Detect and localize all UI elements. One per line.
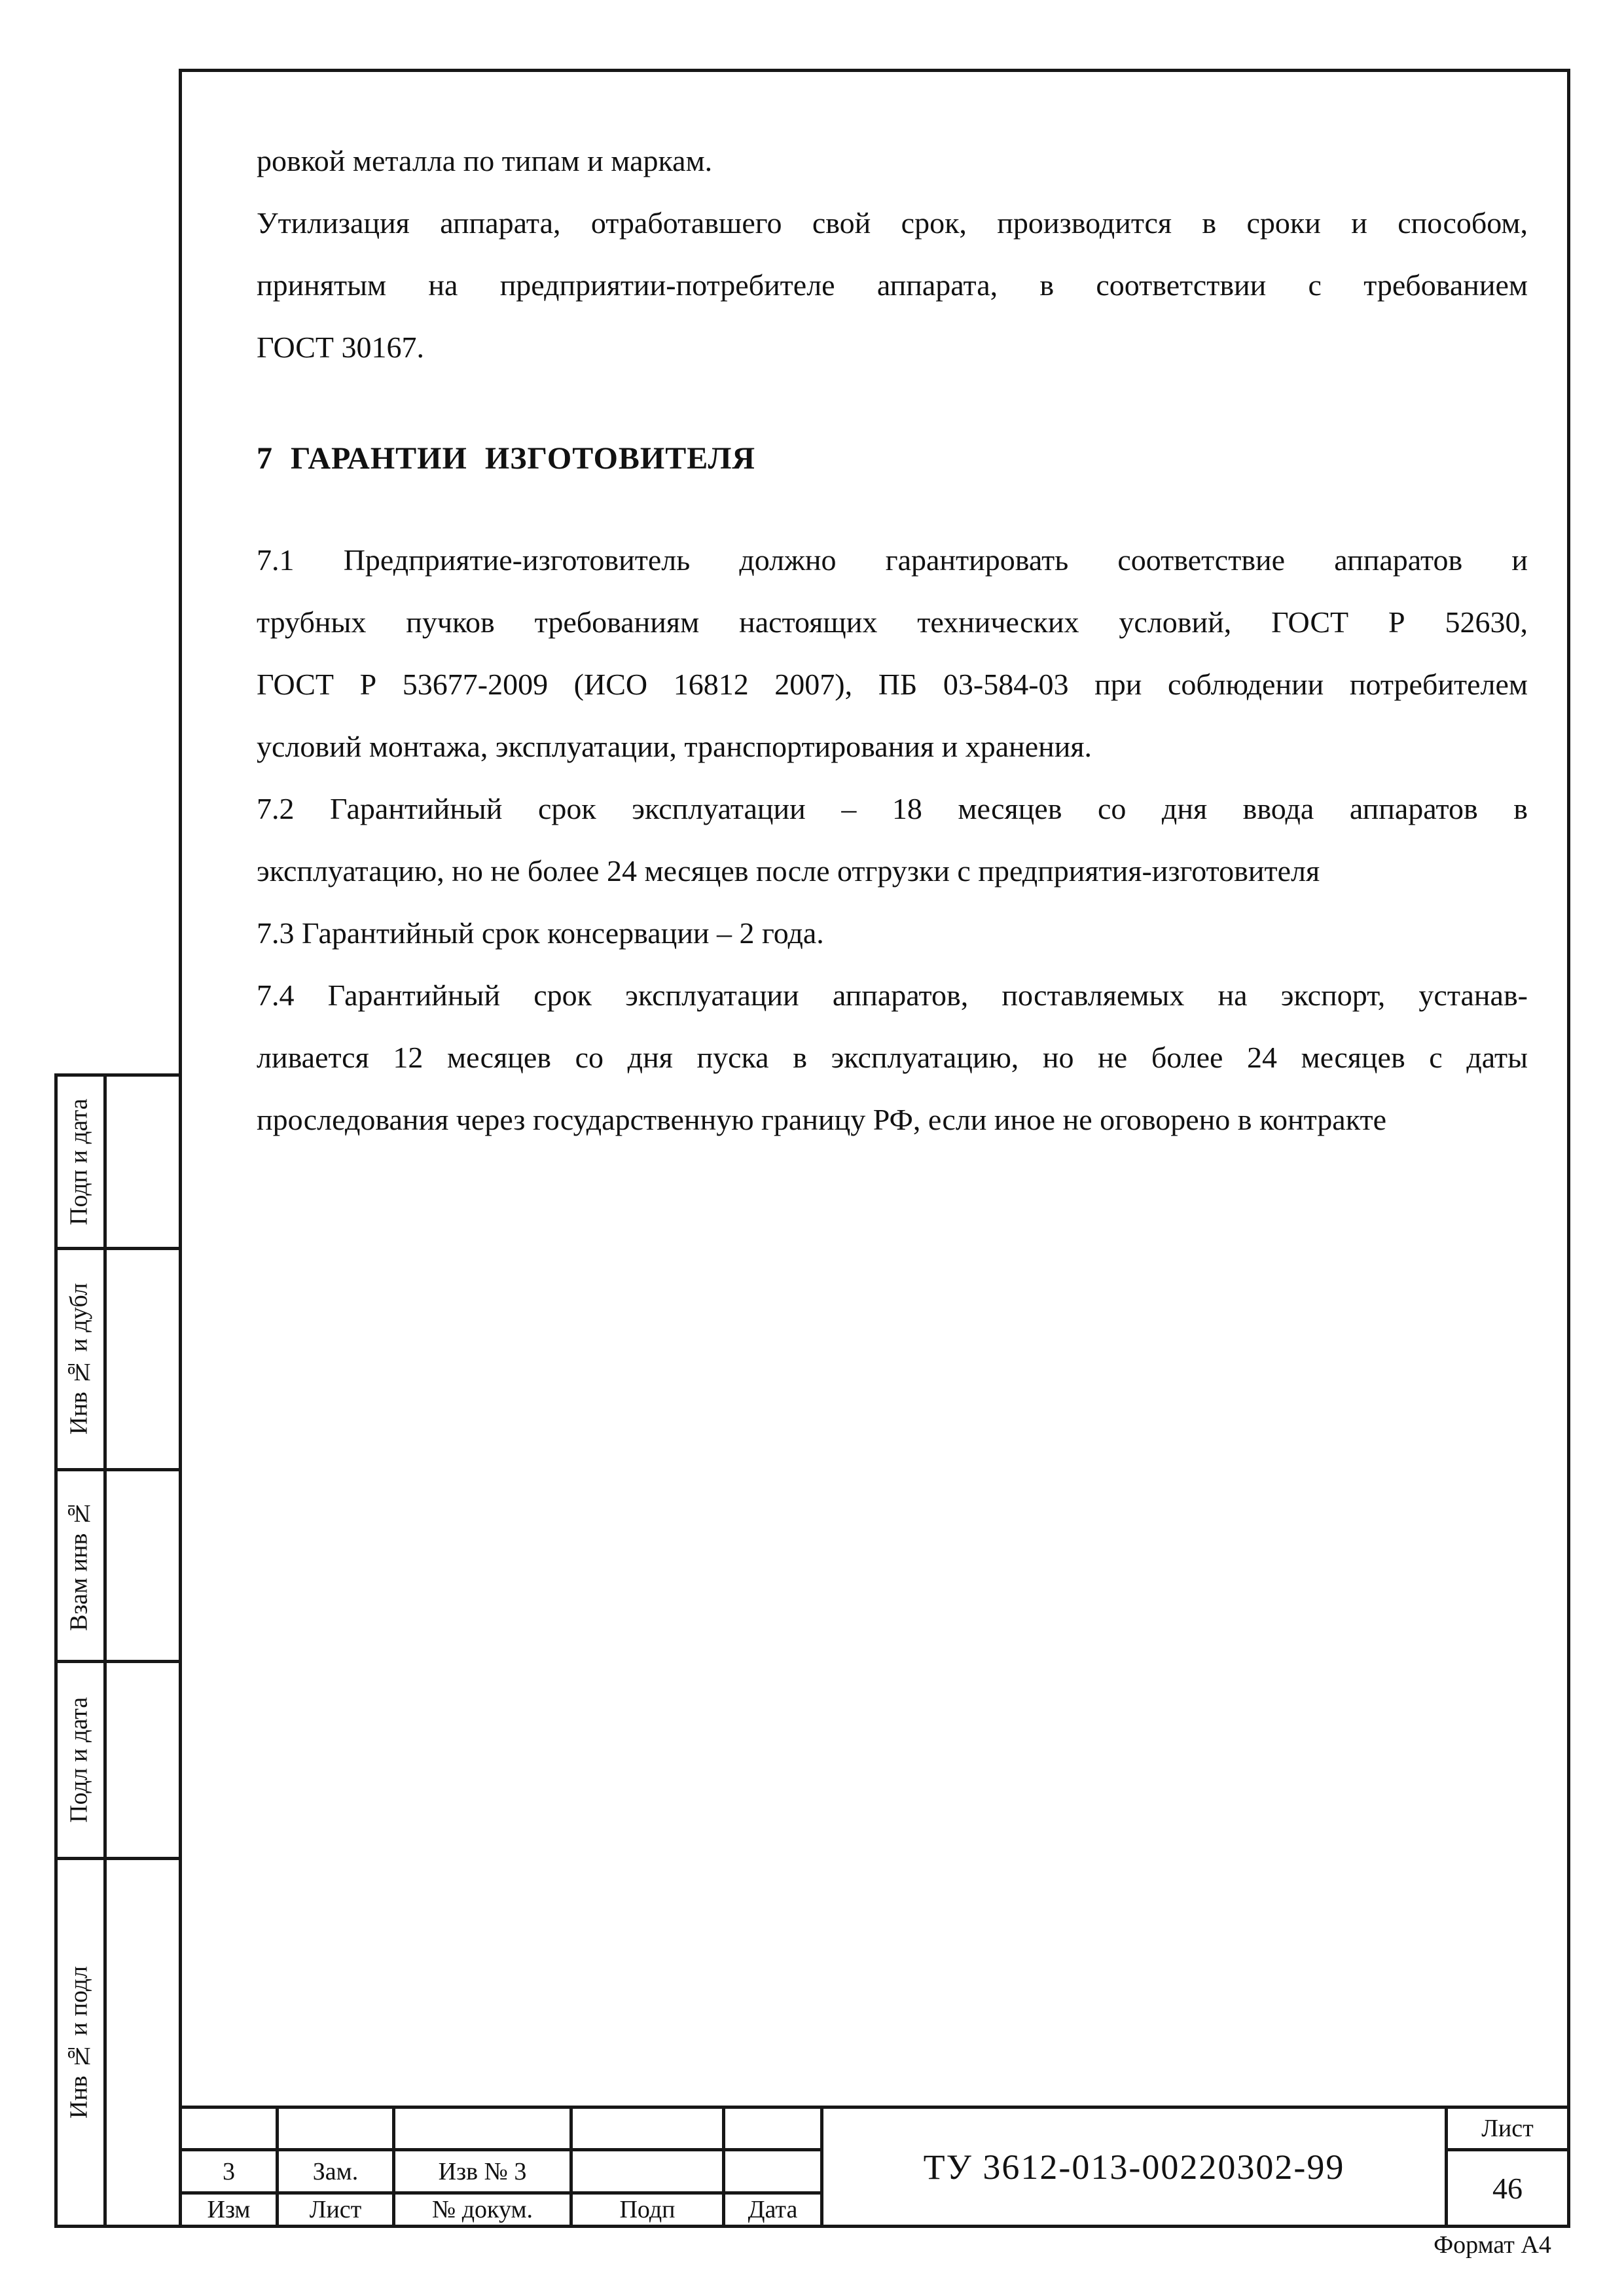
header-dokum: № докум. xyxy=(395,2195,569,2225)
frame-right-border xyxy=(1567,69,1570,2228)
text-line: ливается 12 месяцев со дня пуска в экспл… xyxy=(257,1026,1528,1088)
text-line: ровкой металла по типам и маркам. xyxy=(257,130,1528,192)
change-row-doc: Изв № 3 xyxy=(395,2151,569,2191)
text-line: трубных пучков требованиям настоящих тех… xyxy=(257,591,1528,653)
frame-bottom-border xyxy=(179,2225,1570,2228)
text-line: ГОСТ 30167. xyxy=(257,316,1528,378)
change-row-data xyxy=(725,2151,820,2191)
frame-left-border xyxy=(179,69,182,2228)
sidebar-cell-podl-i-data: Подл и дата xyxy=(54,1663,103,1857)
sidebar-cell-vzam-inv-no: Взам инв № xyxy=(54,1471,103,1660)
sheet-number: 46 xyxy=(1448,2151,1567,2225)
change-row-number: 3 xyxy=(182,2151,276,2191)
text-line: Утилизация аппарата, отработавшего свой … xyxy=(257,192,1528,254)
text-line: ГОСТ Р 53677-2009 (ИСО 16812 2007), ПБ 0… xyxy=(257,653,1528,715)
change-row-podp xyxy=(573,2151,722,2191)
frame-top-border xyxy=(179,69,1570,72)
text-line: эксплуатацию, но не более 24 месяцев пос… xyxy=(257,840,1528,902)
sidebar-cell-inv-no-podl: Инв № и подл xyxy=(54,1860,103,2225)
text-line: условий монтажа, эксплуатации, транспорт… xyxy=(257,715,1528,778)
document-number: ТУ 3612-013-00220302-99 xyxy=(823,2109,1445,2225)
header-list: Лист xyxy=(279,2195,392,2225)
text-line: 7.2 Гарантийный срок эксплуатации – 18 м… xyxy=(257,778,1528,840)
sidebar-bottom-border xyxy=(54,2225,179,2228)
document-page: ровкой металла по типам и маркам. Утилиз… xyxy=(0,0,1624,2296)
text-line: принятым на предприятии-потребителе аппа… xyxy=(257,254,1528,316)
header-izm: Изм xyxy=(182,2195,276,2225)
format-note: Формат А4 xyxy=(1414,2231,1571,2259)
section-heading: 7 ГАРАНТИИ ИЗГОТОВИТЕЛЯ xyxy=(257,427,1528,490)
sidebar-cell-inv-no-dubl: Инв № и дубл xyxy=(54,1250,103,1468)
sidebar-cell-podp-i-data: Подп и дата xyxy=(54,1077,103,1247)
sheet-label: Лист xyxy=(1448,2109,1567,2148)
body-text: ровкой металла по типам и маркам. Утилиз… xyxy=(257,130,1528,1151)
text-line: 7.4 Гарантийный срок эксплуатации аппара… xyxy=(257,964,1528,1026)
text-line: проследования через государственную гран… xyxy=(257,1088,1528,1151)
header-data: Дата xyxy=(725,2195,820,2225)
change-row-sheet: Зам. xyxy=(279,2151,392,2191)
text-line: 7.3 Гарантийный срок консервации – 2 год… xyxy=(257,902,1528,964)
text-line: 7.1 Предприятие-изготовитель должно гара… xyxy=(257,529,1528,591)
header-podp: Подп xyxy=(573,2195,722,2225)
